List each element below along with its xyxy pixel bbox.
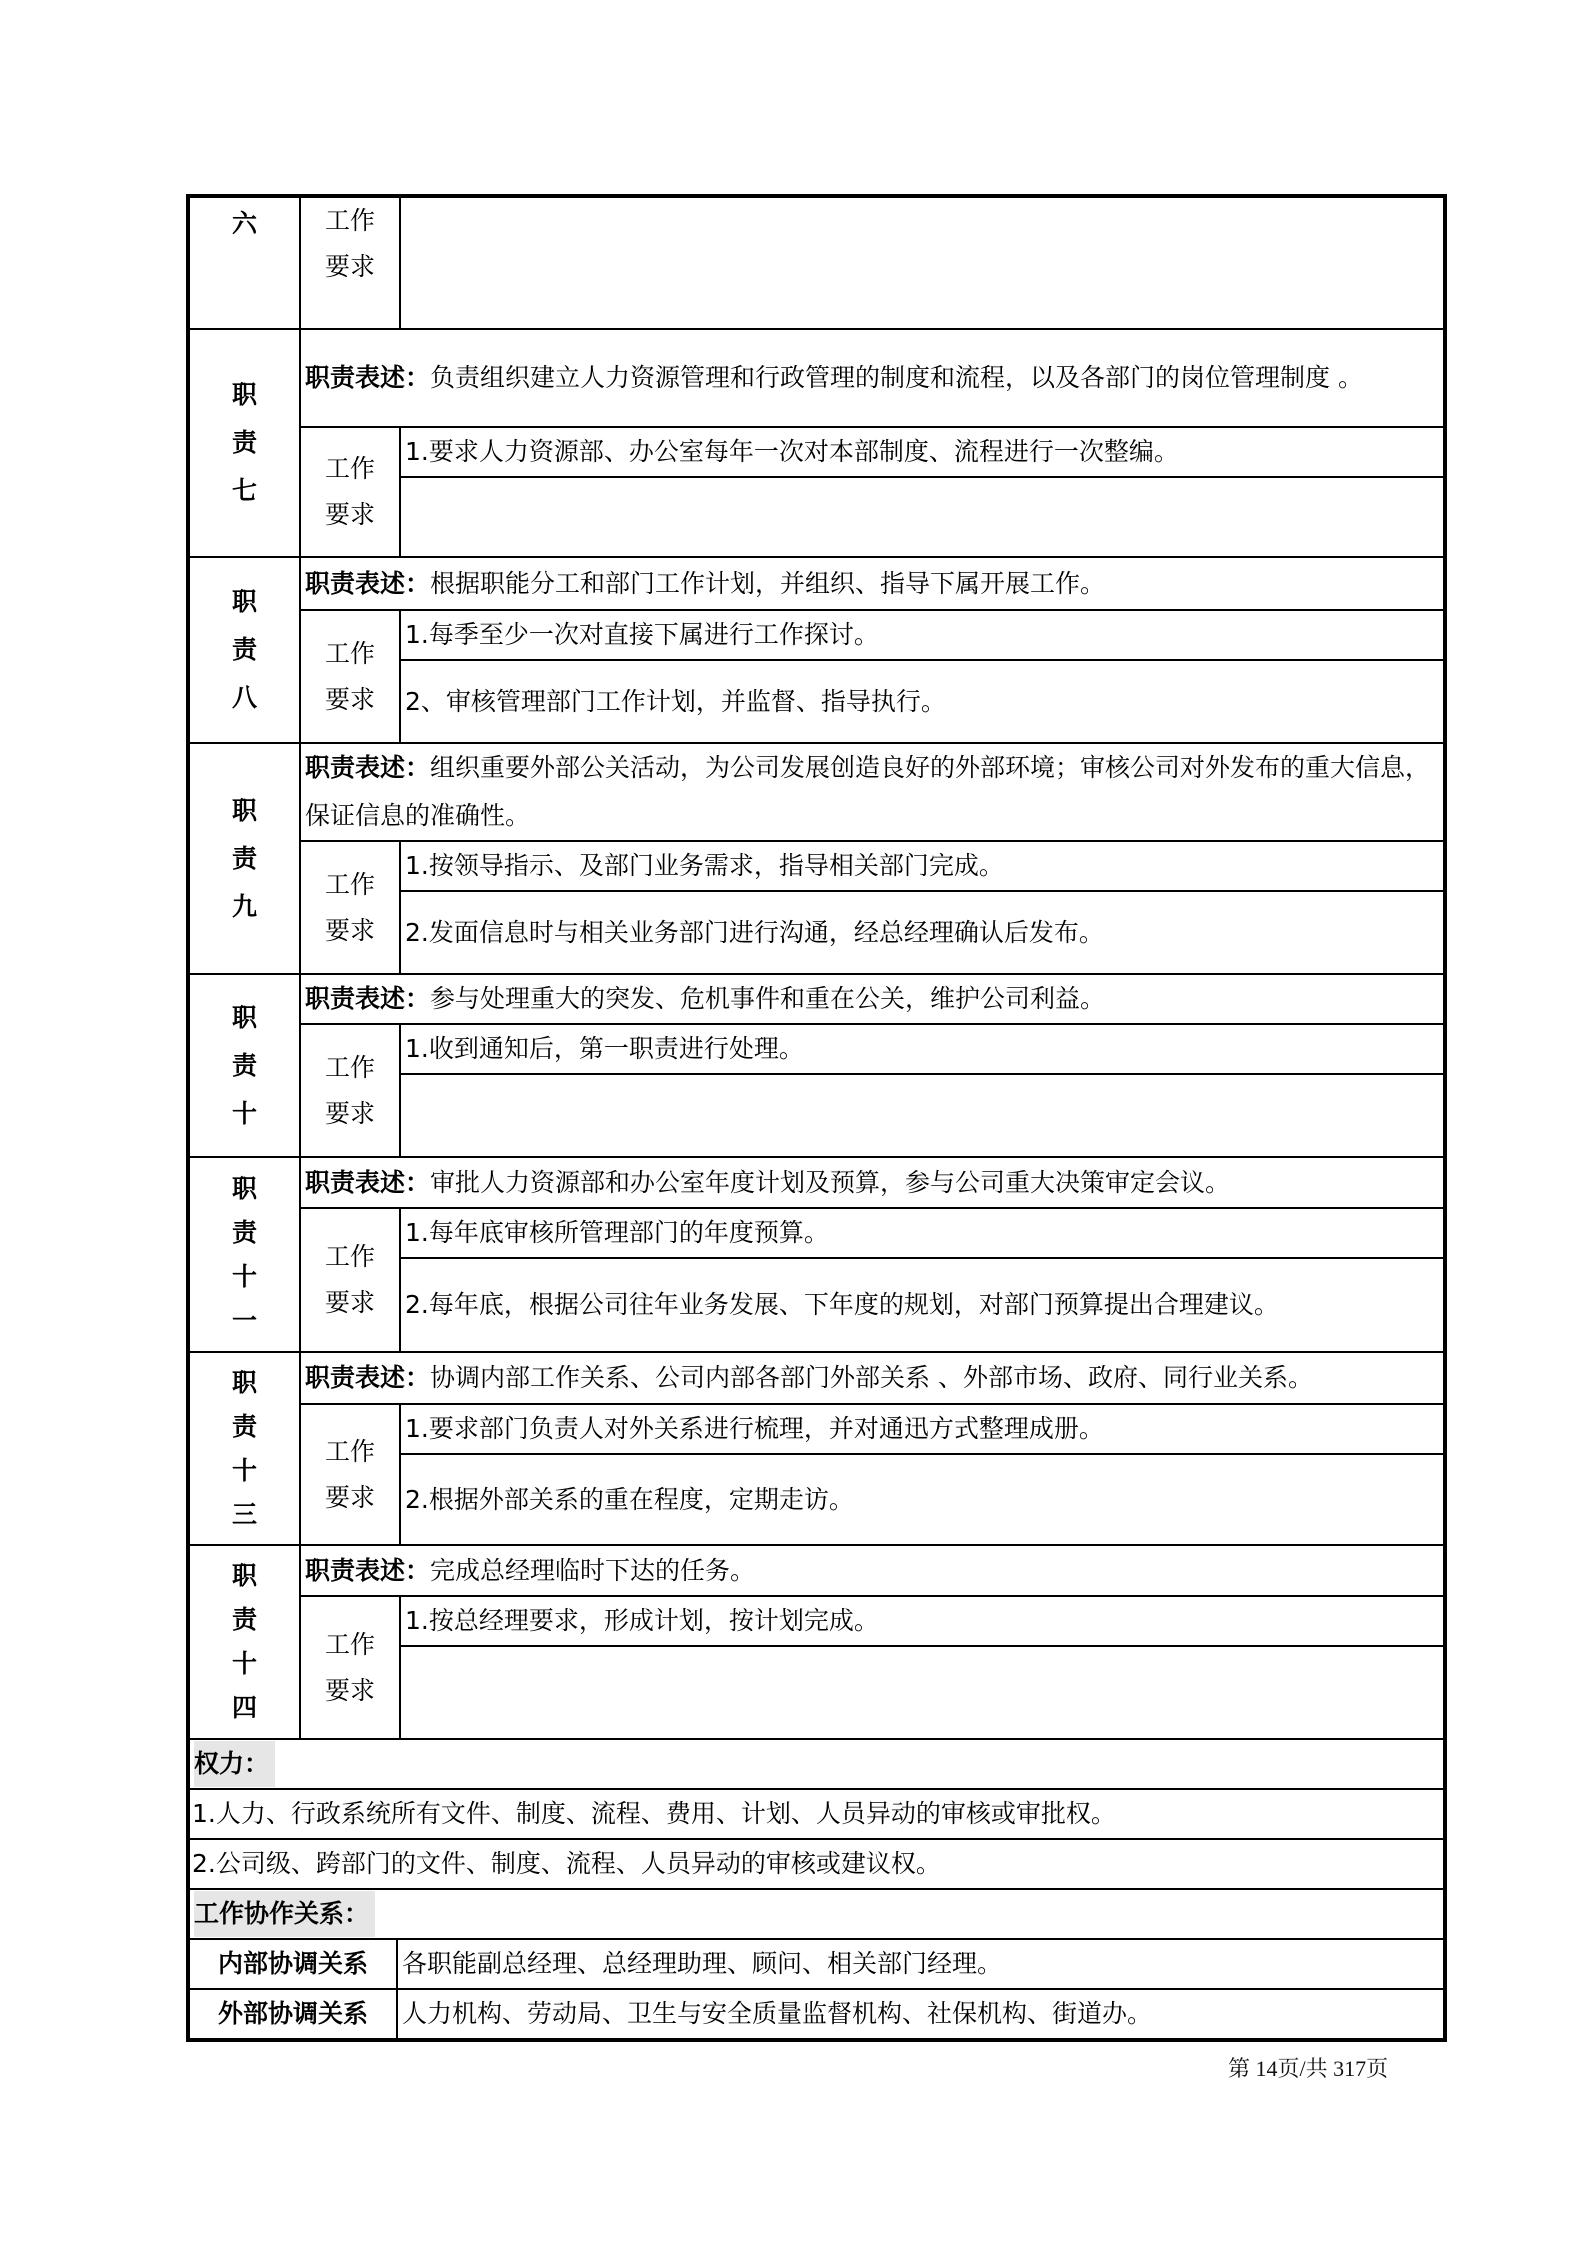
work-requirement-label: 工作 要求: [300, 841, 400, 974]
requirement-label: 要求: [305, 1475, 395, 1521]
description-prefix: 职责表述：: [305, 753, 430, 782]
requirement-item: 2、审核管理部门工作计划，并监督、指导执行。: [400, 660, 1445, 743]
duty-number-char: 职: [194, 1554, 295, 1598]
page-number: 第 14页/共 317页: [1228, 2052, 1388, 2083]
duty-number-cell: 职 责 十 三: [188, 1352, 300, 1545]
work-requirement-label: 工作 要求: [300, 1024, 400, 1157]
requirement-item: 1.要求人力资源部、办公室每年一次对本部制度、流程进行一次整编。: [400, 427, 1445, 477]
requirement-item: [400, 477, 1445, 557]
requirement-item: [400, 1646, 1445, 1739]
duty-number-cell: 职 责 十: [188, 974, 300, 1157]
requirement-label: 要求: [305, 492, 395, 538]
duty-number-char: 九: [194, 883, 295, 931]
duty-description: 职责表述：参与处理重大的突发、危机事件和重在公关，维护公司利益。: [300, 974, 1445, 1024]
collaboration-header-row: 工作协作关系：: [188, 1889, 1445, 1939]
collaboration-label: 外部协调关系: [190, 1990, 397, 2038]
requirement-item: 2.发面信息时与相关业务部门进行沟通，经总经理确认后发布。: [400, 891, 1445, 974]
description-prefix: 职责表述：: [305, 1556, 430, 1585]
requirement-label: 要求: [305, 244, 395, 290]
requirement-item: 2.每年底，根据公司往年业务发展、下年度的规划，对部门预算提出合理建议。: [400, 1258, 1445, 1352]
duty-number-char: 十: [194, 1255, 295, 1299]
duty-number-char: 责: [194, 835, 295, 883]
work-requirement-label: 工作 要求: [300, 1404, 400, 1545]
work-label: 工作: [305, 1234, 395, 1280]
duty-description: 职责表述：负责组织建立人力资源管理和行政管理的制度和流程，以及各部门的岗位管理制…: [300, 329, 1445, 427]
collaboration-value: 各职能副总经理、总经理助理、顾问、相关部门经理。: [397, 1940, 1443, 1988]
description-prefix: 职责表述：: [305, 1168, 430, 1197]
duty-description: 职责表述：组织重要外部公关活动，为公司发展创造良好的外部环境；审核公司对外发布的…: [300, 743, 1445, 841]
duty-number-char: 职: [194, 994, 295, 1042]
duty-section-7: 职 责 七 职责表述：负责组织建立人力资源管理和行政管理的制度和流程，以及各部门…: [188, 329, 1445, 427]
description-prefix: 职责表述：: [305, 1363, 430, 1392]
authority-item: 2.公司级、跨部门的文件、制度、流程、人员异动的审核或建议权。: [188, 1839, 1445, 1889]
duty-number-char: 责: [194, 1211, 295, 1255]
duty-section-6: 六 工作 要求: [188, 196, 1445, 329]
description-prefix: 职责表述：: [305, 363, 430, 392]
requirement-content: [400, 196, 1445, 329]
authority-item: 1.人力、行政系统所有文件、制度、流程、费用、计划、人员异动的审核或审批权。: [188, 1789, 1445, 1839]
duty-number-char: 责: [194, 1405, 295, 1449]
duty-number-char: 三: [194, 1493, 295, 1537]
collaboration-external: 外部协调关系 人力机构、劳动局、卫生与安全质量监督机构、社保机构、街道办。: [190, 1990, 1443, 2038]
duty-number-char: 责: [194, 1598, 295, 1642]
duty-number-char: 职: [194, 371, 295, 419]
authority-title: 权力：: [194, 1741, 275, 1787]
job-duty-table: 六 工作 要求 职 责 七 职责表述：负责组织建立人力资源管理和行政管理的制度和…: [186, 194, 1447, 2042]
collaboration-header: 工作协作关系：: [188, 1889, 1445, 1939]
duty-description: 职责表述：协调内部工作关系、公司内部各部门外部关系 、外部市场、政府、同行业关系…: [300, 1352, 1445, 1404]
duty-description: 职责表述：完成总经理临时下达的任务。: [300, 1545, 1445, 1596]
work-requirement-label: 工作 要求: [300, 427, 400, 557]
duty-number-char: 责: [194, 1042, 295, 1090]
description-text: 负责组织建立人力资源管理和行政管理的制度和流程，以及各部门的岗位管理制度 。: [430, 363, 1363, 392]
work-label: 工作: [305, 446, 395, 492]
duty-number-char: 八: [194, 674, 295, 722]
requirement-item: 1.收到通知后，第一职责进行处理。: [400, 1024, 1445, 1074]
duty-number-cell: 职 责 十 一: [188, 1157, 300, 1352]
work-label: 工作: [305, 1429, 395, 1475]
collaboration-row-cell: 外部协调关系 人力机构、劳动局、卫生与安全质量监督机构、社保机构、街道办。: [188, 1989, 1445, 2040]
requirement-item: 2.根据外部关系的重在程度，定期走访。: [400, 1454, 1445, 1545]
description-text: 完成总经理临时下达的任务。: [430, 1556, 755, 1585]
requirement-item: 1.每季至少一次对直接下属进行工作探讨。: [400, 610, 1445, 660]
requirement-label: 要求: [305, 1280, 395, 1326]
authority-header: 权力：: [188, 1739, 1445, 1789]
work-label: 工作: [305, 1622, 395, 1668]
duty-number-cell: 职 责 八: [188, 557, 300, 743]
document-page: 六 工作 要求 职 责 七 职责表述：负责组织建立人力资源管理和行政管理的制度和…: [0, 0, 1587, 2245]
collaboration-row-external: 外部协调关系 人力机构、劳动局、卫生与安全质量监督机构、社保机构、街道办。: [188, 1989, 1445, 2040]
authority-header-row: 权力：: [188, 1739, 1445, 1789]
requirement-item: [400, 1074, 1445, 1157]
work-requirement-label: 工作 要求: [300, 1208, 400, 1352]
description-text: 参与处理重大的突发、危机事件和重在公关，维护公司利益。: [430, 984, 1105, 1013]
requirement-item: 1.要求部门负责人对外关系进行梳理，并对通迅方式整理成册。: [400, 1404, 1445, 1454]
duty-section-11: 职 责 十 一 职责表述：审批人力资源部和办公室年度计划及预算，参与公司重大决策…: [188, 1157, 1445, 1208]
description-text: 协调内部工作关系、公司内部各部门外部关系 、外部市场、政府、同行业关系。: [430, 1363, 1313, 1392]
duty-section-8: 职 责 八 职责表述：根据职能分工和部门工作计划，并组织、指导下属开展工作。: [188, 557, 1445, 610]
duty-number-char: 十: [194, 1642, 295, 1686]
duty-section-14: 职 责 十 四 职责表述：完成总经理临时下达的任务。: [188, 1545, 1445, 1596]
collaboration-label: 内部协调关系: [190, 1940, 397, 1988]
duty-number-char: 十: [194, 1449, 295, 1493]
requirement-item: 1.按总经理要求，形成计划，按计划完成。: [400, 1596, 1445, 1646]
duty-number-char: 职: [194, 1361, 295, 1405]
duty-number-char: 六: [194, 200, 295, 248]
requirement-item: 1.每年底审核所管理部门的年度预算。: [400, 1208, 1445, 1258]
work-label: 工作: [305, 631, 395, 677]
work-label: 工作: [305, 1045, 395, 1091]
duty-number-char: 职: [194, 578, 295, 626]
requirement-item: 1.按领导指示、及部门业务需求，指导相关部门完成。: [400, 841, 1445, 891]
work-label: 工作: [305, 198, 395, 244]
authority-row: 2.公司级、跨部门的文件、制度、流程、人员异动的审核或建议权。: [188, 1839, 1445, 1889]
duty-number-char: 责: [194, 626, 295, 674]
description-prefix: 职责表述：: [305, 569, 430, 598]
collaboration-row-internal: 内部协调关系 各职能副总经理、总经理助理、顾问、相关部门经理。: [188, 1939, 1445, 1989]
description-prefix: 职责表述：: [305, 984, 430, 1013]
duty-section-10: 职 责 十 职责表述：参与处理重大的突发、危机事件和重在公关，维护公司利益。: [188, 974, 1445, 1024]
authority-row: 1.人力、行政系统所有文件、制度、流程、费用、计划、人员异动的审核或审批权。: [188, 1789, 1445, 1839]
duty-number-char: 七: [194, 467, 295, 515]
work-label: 工作: [305, 862, 395, 908]
work-requirement-label: 工作 要求: [300, 610, 400, 743]
requirement-label: 要求: [305, 1091, 395, 1137]
requirement-label: 要求: [305, 1668, 395, 1714]
collaboration-value: 人力机构、劳动局、卫生与安全质量监督机构、社保机构、街道办。: [397, 1990, 1443, 2038]
duty-section-13: 职 责 十 三 职责表述：协调内部工作关系、公司内部各部门外部关系 、外部市场、…: [188, 1352, 1445, 1404]
duty-number-cell: 职 责 九: [188, 743, 300, 974]
collaboration-row-cell: 内部协调关系 各职能副总经理、总经理助理、顾问、相关部门经理。: [188, 1939, 1445, 1989]
description-text: 审批人力资源部和办公室年度计划及预算，参与公司重大决策审定会议。: [430, 1168, 1230, 1197]
duty-number-cell: 职 责 七: [188, 329, 300, 557]
collaboration-title: 工作协作关系：: [194, 1891, 375, 1937]
duty-number-char: 十: [194, 1090, 295, 1138]
duty-description: 职责表述：根据职能分工和部门工作计划，并组织、指导下属开展工作。: [300, 557, 1445, 610]
duty-number-cell: 职 责 十 四: [188, 1545, 300, 1739]
work-requirement-label: 工作 要求: [300, 1596, 400, 1739]
duty-number-char: 四: [194, 1686, 295, 1730]
duty-number-char: 职: [194, 1167, 295, 1211]
requirement-label: 要求: [305, 677, 395, 723]
work-requirement-label: 工作 要求: [300, 196, 400, 329]
duty-number-char: 职: [194, 787, 295, 835]
collaboration-internal: 内部协调关系 各职能副总经理、总经理助理、顾问、相关部门经理。: [190, 1940, 1443, 1988]
duty-description: 职责表述：审批人力资源部和办公室年度计划及预算，参与公司重大决策审定会议。: [300, 1157, 1445, 1208]
requirement-label: 要求: [305, 908, 395, 954]
duty-section-9: 职 责 九 职责表述：组织重要外部公关活动，为公司发展创造良好的外部环境；审核公…: [188, 743, 1445, 841]
description-text: 组织重要外部公关活动，为公司发展创造良好的外部环境；审核公司对外发布的重大信息，…: [305, 753, 1430, 830]
description-text: 根据职能分工和部门工作计划，并组织、指导下属开展工作。: [430, 569, 1105, 598]
duty-number-cell: 六: [188, 196, 300, 329]
duty-number-char: 责: [194, 419, 295, 467]
duty-number-char: 一: [194, 1299, 295, 1343]
